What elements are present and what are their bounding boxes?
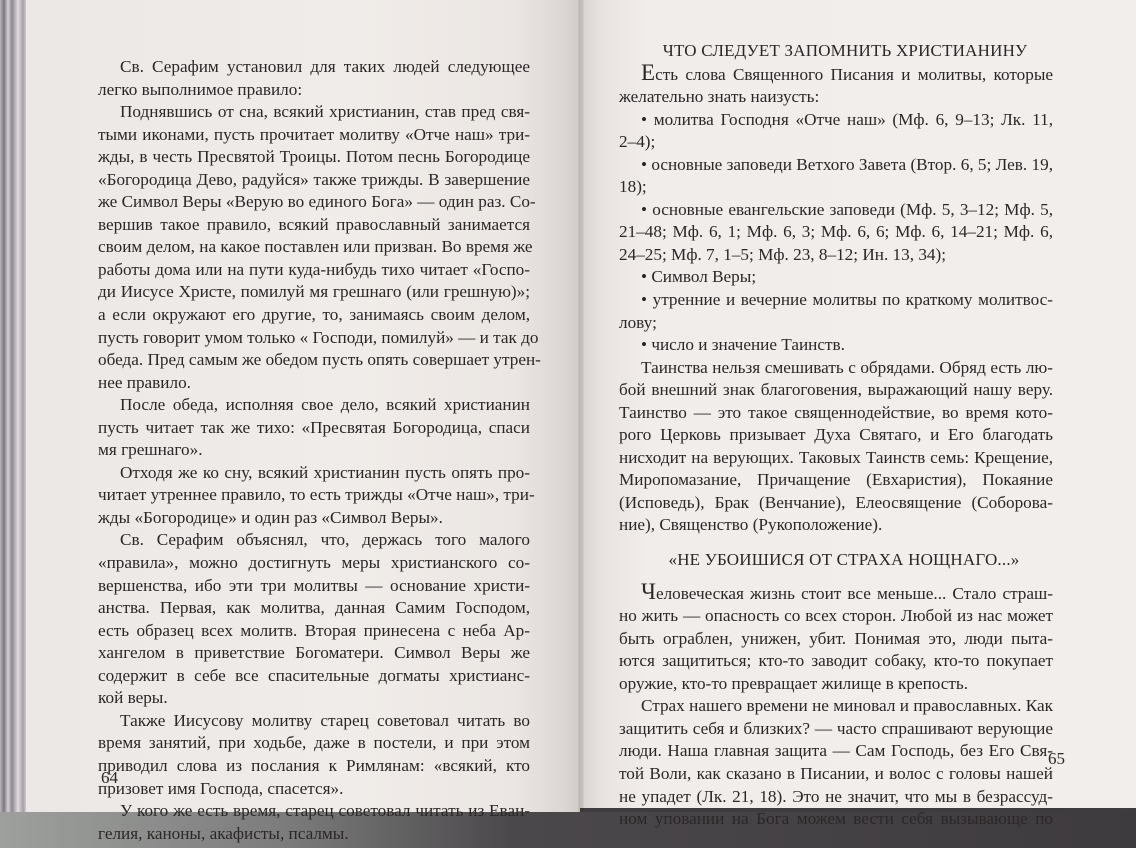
text-line: пусть говорит умом только « Господи, пом… [98,327,530,350]
text-line: а если окружают его другие, то, занимаяс… [98,304,530,327]
text-line: анства. Первая, как молитва, данная Сами… [98,597,530,620]
text-line: нисходит на верующих. Таковых Таинств се… [619,447,1053,470]
text-line: Человеческая жизнь стоит все меньше... С… [619,582,1053,606]
text-line: 24–25; Мф. 7, 1–5; Мф. 23, 8–12; Ин. 13,… [619,244,1053,267]
line-text: люди. Наша главная защита — Сам Господь,… [619,741,1053,760]
text-line: тыми иконами, пусть прочитает молитву «О… [98,124,530,147]
text-line: обеда. Пред самым же обедом пусть опять … [98,349,530,372]
text-line: • основные евангельские заповеди (Мф. 5,… [619,199,1053,222]
text-line: Таинство — это такое священнодействие, в… [619,402,1053,425]
line-text: Св. Серафим объяснял, что, держась того … [120,530,530,549]
line-text: «правила», можно достигнуть меры христиа… [98,553,530,572]
text-line: Миропомазание, Причащение (Евхаристия), … [619,469,1053,492]
text-line: ются защититься; кто-то заводит собаку, … [619,650,1053,673]
text-line: рого Церковь призывает Духа Святаго, и Е… [619,424,1053,447]
text-line: Св. Серафим установил для таких людей сл… [98,56,530,79]
line-text: вершенства, ибо эти три молитвы — основа… [98,576,530,595]
text-line: гелия, каноны, акафисты, псалмы. [98,823,530,846]
text-line: • молитва Господня «Отче наш» (Мф. 6, 9–… [619,109,1053,132]
text-line: читает утреннее правило, то есть трижды … [98,484,530,507]
line-text: Также Иисусову молитву старец советовал … [120,711,530,730]
text-line: же Символ Веры «Верую во единого Бога» —… [98,191,530,214]
text-line: мя грешнаго». [98,439,530,462]
text-line: кой веры. [98,687,530,710]
line-text: легко выполнимое правило: [98,80,302,99]
text-line: После обеда, исполняя свое дело, всякий … [98,394,530,417]
line-text: работы дома или на пути куда-нибудь тихо… [98,260,530,279]
line-text: читает утреннее правило, то есть трижды … [98,485,535,504]
line-text: ном уповании на Бога можем вести себя вы… [619,809,1053,828]
line-text: защитить себя и близких? — часто спрашив… [619,719,1053,738]
line-text: (Исповедь), Брак (Венчание), Елеосвящени… [619,493,1053,512]
line-text: У кого же есть время, старец советовал ч… [120,801,530,820]
line-text: 24–25; Мф. 7, 1–5; Мф. 23, 8–12; Ин. 13,… [619,245,946,264]
section-heading: ЧТО СЛЕДУЕТ ЗАПОМНИТЬ ХРИСТИАНИНУ [619,40,1053,63]
line-text: мя грешнаго». [98,440,203,459]
text-line: хангелом в приветствие Богоматери. Симво… [98,642,530,665]
text-line: люди. Наша главная защита — Сам Господь,… [619,740,1053,763]
line-text: ние), Священство (Рукоположение). [619,515,882,534]
text-line: Есть слова Священного Писания и молитвы,… [619,63,1053,87]
text-line: Таинства нельзя смешивать с обрядами. Об… [619,357,1053,380]
text-line: • Символ Веры; [619,266,1053,289]
text-line: У кого же есть время, старец советовал ч… [98,800,530,823]
line-text: оружие, кто-то превращает жилище в крепо… [619,674,968,693]
book-spine [578,0,584,812]
text-line: ди Иисусе Христе, помилуй мя грешнаго (и… [98,281,530,304]
line-text: еловеческая жизнь стоит все меньше... Ст… [656,584,1053,603]
line-text: 21–48; Мф. 6, 1; Мф. 6, 3; Мф. 6, 6; Мф.… [619,222,1053,241]
line-text: же Символ Веры «Верую во единого Бога» —… [98,192,536,211]
line-text: нисходит на верующих. Таковых Таинств се… [619,448,1053,467]
text-line: призовет имя Господа, спасется». [98,778,530,801]
line-text: • число и значение Таинств. [641,335,845,354]
drop-cap: Е [641,60,655,85]
text-line: Страх нашего времени не миновал и правос… [619,695,1053,718]
line-text: • основные евангельские заповеди (Мф. 5,… [641,200,1053,219]
page-number-left: 64 [101,768,118,788]
line-text: • утренние и вечерние молитвы по кратком… [641,290,1053,309]
line-text: призовет имя Господа, спасется». [98,779,343,798]
text-line: (Исповедь), Брак (Венчание), Елеосвящени… [619,492,1053,515]
drop-cap: Ч [641,579,656,604]
text-line: Также Иисусову молитву старец советовал … [98,710,530,733]
line-text: вершив такое правило, всякий православны… [98,215,530,234]
line-text: сть слова Священного Писания и молитвы, … [655,65,1053,84]
line-text: обеда. Пред самым же обедом пусть опять … [98,350,541,369]
line-text: быть ограблен, унижен, убит. Понимая это… [619,629,1053,648]
text-line: Отходя же ко сну, всякий христианин пуст… [98,462,530,485]
text-line: быть ограблен, унижен, убит. Понимая это… [619,628,1053,651]
text-line: желательно знать наизусть: [619,86,1053,109]
line-text: Таинства нельзя смешивать с обрядами. Об… [641,358,1053,377]
text-line: легко выполнимое правило: [98,79,530,102]
line-text: ются защититься; кто-то заводит собаку, … [619,651,1053,670]
line-text: но жить — опасность со всех сторон. Любо… [619,606,1053,625]
text-line: защитить себя и близких? — часто спрашив… [619,718,1053,741]
line-text: 2–4); [619,132,655,151]
line-text: лову; [619,313,657,332]
text-line: жды, в честь Пресвятой Троицы. Потом пес… [98,146,530,169]
text-line: работы дома или на пути куда-нибудь тихо… [98,259,530,282]
line-text: а если окружают его другие, то, занимаяс… [98,305,530,324]
line-text: После обеда, исполняя свое дело, всякий … [120,395,530,414]
line-text: Страх нашего времени не миновал и правос… [641,696,1053,715]
line-text: • молитва Господня «Отче наш» (Мф. 6, 9–… [641,110,1053,129]
line-text: нее правило. [98,373,191,392]
text-line: не упадет (Лк. 21, 18). Это не значит, ч… [619,786,1053,809]
text-line: ние), Священство (Рукоположение). [619,514,1053,537]
line-text: своим делом, на какое поставлен или приз… [98,237,533,256]
text-line: есть образец всех молитв. Вторая принесе… [98,620,530,643]
line-text: желательно знать наизусть: [619,87,819,106]
text-line: лову; [619,312,1053,335]
line-text: приводил слова из послания к Римлянам: «… [98,756,530,775]
text-line: • утренние и вечерние молитвы по кратком… [619,289,1053,312]
line-text: Св. Серафим установил для таких людей сл… [120,57,530,76]
line-text: Поднявшись от сна, всякий христианин, ст… [120,102,530,121]
text-line: 18); [619,176,1053,199]
text-line: содержит в себе все спасительные догматы… [98,665,530,688]
line-text: той Воли, как сказано в Писании, и волос… [619,764,1053,783]
line-text: жды «Богородице» и один раз «Символ Веры… [98,508,443,527]
text-line: • число и значение Таинств. [619,334,1053,357]
text-line: ном уповании на Бога можем вести себя вы… [619,808,1053,831]
left-page-body: Св. Серафим установил для таких людей сл… [98,56,530,845]
line-text: содержит в себе все спасительные догматы… [98,666,530,685]
text-line: Поднявшись от сна, всякий христианин, ст… [98,101,530,124]
section-body: Человеческая жизнь стоит все меньше... С… [619,582,1053,831]
text-line: «Богородица Дево, радуйся» также трижды.… [98,169,530,192]
text-line: • основные заповеди Ветхого Завета (Втор… [619,154,1053,177]
text-line: той Воли, как сказано в Писании, и волос… [619,763,1053,786]
line-text: бой внешний знак благоговения, выражающи… [619,380,1053,399]
line-text: 18); [619,177,647,196]
section-heading: «НЕ УБОИШИСЯ ОТ СТРАХА НОЩНАГО...» [619,549,1053,572]
text-line: пусть читает так же тихо: «Пресвятая Бог… [98,417,530,440]
right-page-body: ЧТО СЛЕДУЕТ ЗАПОМНИТЬ ХРИСТИАНИНУ Есть с… [619,40,1053,831]
section-body: Есть слова Священного Писания и молитвы,… [619,63,1053,537]
line-text: рого Церковь призывает Духа Святаго, и Е… [619,425,1053,444]
line-text: не упадет (Лк. 21, 18). Это не значит, ч… [619,787,1053,806]
page-number-right: 65 [1048,749,1065,769]
text-line: своим делом, на какое поставлен или приз… [98,236,530,259]
line-text: тыми иконами, пусть прочитает молитву «О… [98,125,530,144]
text-line: вершенства, ибо эти три молитвы — основа… [98,575,530,598]
text-line: вершив такое правило, всякий православны… [98,214,530,237]
text-line: нее правило. [98,372,530,395]
line-text: «Богородица Дево, радуйся» также трижды.… [98,170,530,189]
line-text: • Символ Веры; [641,267,756,286]
line-text: есть образец всех молитв. Вторая принесе… [98,621,530,640]
line-text: пусть читает так же тихо: «Пресвятая Бог… [98,418,530,437]
text-line: бой внешний знак благоговения, выражающи… [619,379,1053,402]
line-text: пусть говорит умом только « Господи, пом… [98,328,539,347]
text-line: время занятий, при ходьбе, даже в постел… [98,732,530,755]
line-text: жды, в честь Пресвятой Троицы. Потом пес… [98,147,530,166]
line-text: ди Иисусе Христе, помилуй мя грешнаго (и… [98,282,530,301]
line-text: кой веры. [98,688,168,707]
line-text: • основные заповеди Ветхого Завета (Втор… [641,155,1053,174]
text-line: оружие, кто-то превращает жилище в крепо… [619,673,1053,696]
text-line: Св. Серафим объяснял, что, держась того … [98,529,530,552]
text-line: жды «Богородице» и один раз «Символ Веры… [98,507,530,530]
text-line: 2–4); [619,131,1053,154]
line-text: анства. Первая, как молитва, данная Сами… [98,598,530,617]
text-line: 21–48; Мф. 6, 1; Мф. 6, 3; Мф. 6, 6; Мф.… [619,221,1053,244]
line-text: хангелом в приветствие Богоматери. Симво… [98,643,530,662]
text-line: приводил слова из послания к Римлянам: «… [98,755,530,778]
line-text: Миропомазание, Причащение (Евхаристия), … [619,470,1053,489]
line-text: гелия, каноны, акафисты, псалмы. [98,824,349,843]
text-line: но жить — опасность со всех сторон. Любо… [619,605,1053,628]
text-line: «правила», можно достигнуть меры христиа… [98,552,530,575]
line-text: время занятий, при ходьбе, даже в постел… [98,733,530,752]
line-text: Таинство — это такое священнодействие, в… [619,403,1053,422]
line-text: Отходя же ко сну, всякий христианин пуст… [120,463,530,482]
